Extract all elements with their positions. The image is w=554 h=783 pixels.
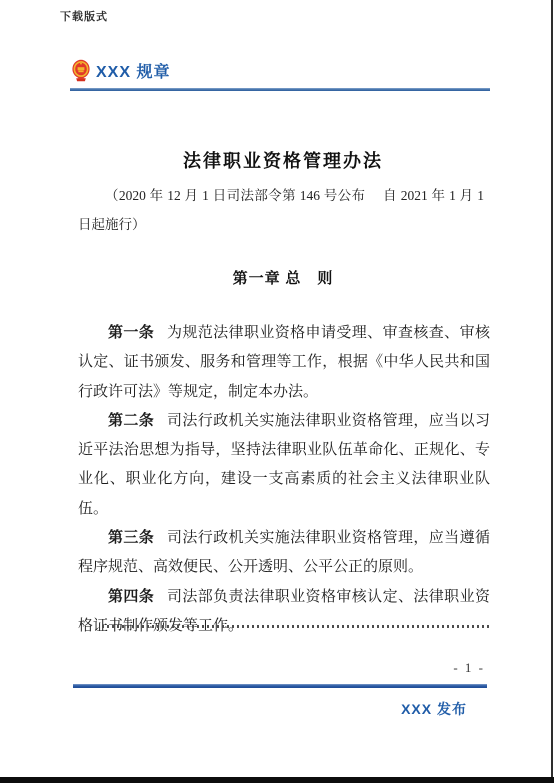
article-paragraph: 第一条为规范法律职业资格申请受理、审查核查、审核认定、证书颁发、服务和管理等工作… <box>78 319 490 407</box>
article-number: 第三条 <box>108 530 154 546</box>
promulgation-note: （2020 年 12 月 1 日司法部令第 146 号公布 自 2021 年 1… <box>78 181 484 239</box>
footer-rule <box>73 684 487 688</box>
article-paragraph: 第二条司法行政机关实施法律职业资格管理，应当以习近平法治思想为指导，坚持法律职业… <box>78 407 490 524</box>
header-rule <box>70 88 490 91</box>
page-number: - 1 - <box>78 660 485 676</box>
article-number: 第四条 <box>108 589 154 605</box>
document-title: 法律职业资格管理办法 <box>78 147 488 173</box>
article-paragraph: 第三条司法行政机关实施法律职业资格管理，应当遵循程序规范、高效便民、公开透明、公… <box>78 524 490 583</box>
chapter-heading: 第一章 总 则 <box>78 267 488 288</box>
download-format-link[interactable]: 下载版式 <box>60 8 108 24</box>
article-number: 第二条 <box>108 413 154 429</box>
masthead-category-label: XXX 规章 <box>96 59 170 82</box>
article-number: 第一条 <box>108 325 154 341</box>
page-break-dotted-rule <box>102 625 490 628</box>
publisher-label: XXX 发布 <box>78 699 467 719</box>
document-body: 第一条为规范法律职业资格申请受理、审查核查、审核认定、证书颁发、服务和管理等工作… <box>78 319 490 641</box>
window-edge-right <box>551 0 553 783</box>
document-page: { "page": { "download_label": "下载版式", "m… <box>0 0 554 783</box>
masthead: XXX 规章 <box>71 57 170 83</box>
china-national-emblem-icon <box>71 59 91 82</box>
article-paragraph: 第四条司法部负责法律职业资格审核认定、法律职业资格证书制作颁发等工作。 <box>78 583 490 642</box>
window-edge-bottom <box>0 777 554 783</box>
